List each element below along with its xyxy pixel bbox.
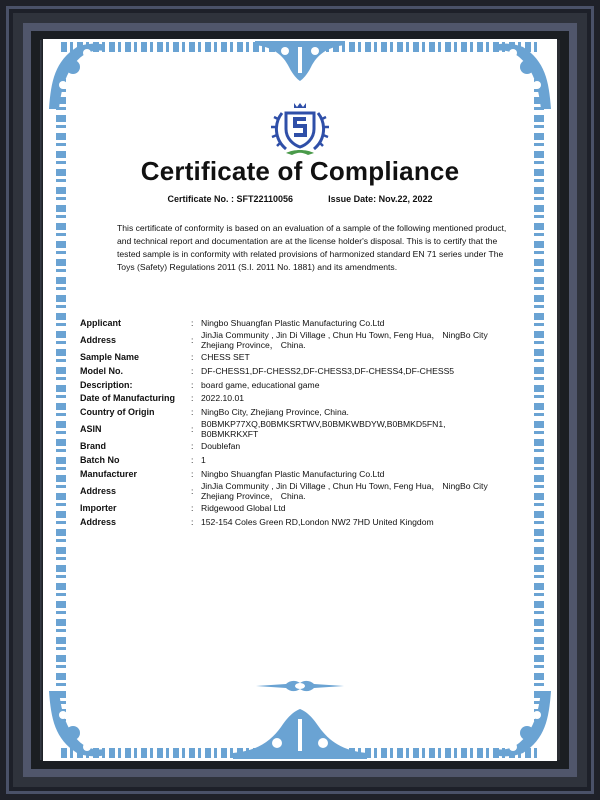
detail-row: Applicant:Ningbo Shuangfan Plastic Manuf…	[80, 316, 520, 330]
detail-row: ASIN:B0BMKP77XQ,B0BMKSRTWV,B0BMKWBDYW,B0…	[80, 419, 520, 440]
document-title: Certificate of Compliance	[43, 156, 557, 187]
detail-value-line: JinJia Community , Jin Di Village , Chun…	[201, 481, 520, 491]
detail-value: DF-CHESS1,DF-CHESS2,DF-CHESS3,DF-CHESS4,…	[201, 366, 520, 376]
corner-flourish-icon	[493, 41, 553, 111]
detail-value-line: CHESS SET	[201, 352, 520, 362]
detail-value: NingBo City, Zhejiang Province, China.	[201, 407, 520, 417]
detail-value-line: 2022.10.01	[201, 393, 520, 403]
detail-value-line: Ridgewood Global Ltd	[201, 503, 520, 513]
corner-flourish-icon	[47, 689, 107, 759]
detail-row: Description::board game, educational gam…	[80, 378, 520, 392]
detail-row: Model No.:DF-CHESS1,DF-CHESS2,DF-CHESS3,…	[80, 364, 520, 378]
detail-row: Date of Manufacturing:2022.10.01	[80, 391, 520, 405]
detail-label: Importer	[80, 503, 191, 513]
detail-row: Address:152-154 Coles Green RD,London NW…	[80, 515, 520, 529]
detail-row: Sample Name:CHESS SET	[80, 351, 520, 365]
issue-date-label: Issue Date:	[328, 194, 376, 204]
detail-value-line: Zhejiang Province， China.	[201, 340, 520, 350]
detail-value: Ridgewood Global Ltd	[201, 503, 520, 513]
detail-value: CHESS SET	[201, 352, 520, 362]
detail-value-line: Ningbo Shuangfan Plastic Manufacturing C…	[201, 318, 520, 328]
detail-value-line: Doublefan	[201, 441, 520, 451]
detail-value: Ningbo Shuangfan Plastic Manufacturing C…	[201, 469, 520, 479]
detail-separator: :	[191, 469, 201, 479]
detail-row: Country of Origin:NingBo City, Zhejiang …	[80, 405, 520, 419]
detail-value-line: Ningbo Shuangfan Plastic Manufacturing C…	[201, 469, 520, 479]
bottom-center-flourish-icon	[233, 709, 367, 761]
certificate-no: SFT22110056	[237, 194, 294, 204]
detail-separator: :	[191, 352, 201, 362]
top-center-flourish-icon	[255, 39, 345, 81]
corner-flourish-icon	[493, 689, 553, 759]
detail-value: Ningbo Shuangfan Plastic Manufacturing C…	[201, 318, 520, 328]
detail-label: Description:	[80, 380, 191, 390]
detail-value-line: 152-154 Coles Green RD,London NW2 7HD Un…	[201, 517, 520, 527]
detail-separator: :	[191, 407, 201, 417]
detail-value-line: NingBo City, Zhejiang Province, China.	[201, 407, 520, 417]
detail-value: JinJia Community , Jin Di Village , Chun…	[201, 330, 520, 350]
detail-separator: :	[191, 424, 201, 434]
detail-separator: :	[191, 380, 201, 390]
detail-separator: :	[191, 335, 201, 345]
details-table: Applicant:Ningbo Shuangfan Plastic Manuf…	[80, 316, 520, 529]
detail-separator: :	[191, 455, 201, 465]
certificate-meta-line: Certificate No. : SFT22110056 Issue Date…	[43, 194, 557, 204]
detail-value: B0BMKP77XQ,B0BMKSRTWV,B0BMKWBDYW,B0BMKD5…	[201, 419, 520, 439]
detail-value: board game, educational game	[201, 380, 520, 390]
detail-separator: :	[191, 486, 201, 496]
intro-paragraph: This certificate of conformity is based …	[117, 222, 517, 274]
detail-value: 1	[201, 455, 520, 465]
detail-row: Manufacturer:Ningbo Shuangfan Plastic Ma…	[80, 467, 520, 481]
detail-label: Date of Manufacturing	[80, 393, 191, 403]
detail-value-line: JinJia Community , Jin Di Village , Chun…	[201, 330, 520, 340]
certificate-no-label: Certificate No. :	[167, 194, 234, 204]
detail-label: Batch No	[80, 455, 191, 465]
detail-value-line: DF-CHESS1,DF-CHESS2,DF-CHESS3,DF-CHESS4,…	[201, 366, 520, 376]
detail-row: Address:JinJia Community , Jin Di Villag…	[80, 330, 520, 351]
detail-value-line: B0BMKRKXFT	[201, 429, 520, 439]
detail-row: Importer:Ridgewood Global Ltd	[80, 501, 520, 515]
detail-separator: :	[191, 503, 201, 513]
detail-label: Manufacturer	[80, 469, 191, 479]
detail-label: Applicant	[80, 318, 191, 328]
detail-label: Model No.	[80, 366, 191, 376]
detail-label: ASIN	[80, 424, 191, 434]
detail-label: Country of Origin	[80, 407, 191, 417]
detail-row: Brand:Doublefan	[80, 440, 520, 454]
detail-value-line: 1	[201, 455, 520, 465]
detail-label: Brand	[80, 441, 191, 451]
detail-label: Address	[80, 335, 191, 345]
emblem-logo-icon	[268, 99, 332, 159]
detail-row: Address:JinJia Community , Jin Di Villag…	[80, 480, 520, 501]
detail-value-line: B0BMKP77XQ,B0BMKSRTWV,B0BMKWBDYW,B0BMKD5…	[201, 419, 520, 429]
detail-label: Sample Name	[80, 352, 191, 362]
detail-separator: :	[191, 517, 201, 527]
corner-flourish-icon	[47, 41, 107, 111]
detail-separator: :	[191, 318, 201, 328]
detail-row: Batch No:1	[80, 453, 520, 467]
issue-date: Nov.22, 2022	[379, 194, 433, 204]
detail-separator: :	[191, 393, 201, 403]
detail-value-line: board game, educational game	[201, 380, 520, 390]
detail-value: 152-154 Coles Green RD,London NW2 7HD Un…	[201, 517, 520, 527]
ornamental-divider-icon	[256, 679, 344, 691]
detail-value: Doublefan	[201, 441, 520, 451]
detail-separator: :	[191, 366, 201, 376]
detail-value: 2022.10.01	[201, 393, 520, 403]
detail-label: Address	[80, 486, 191, 496]
detail-value: JinJia Community , Jin Di Village , Chun…	[201, 481, 520, 501]
detail-separator: :	[191, 441, 201, 451]
detail-label: Address	[80, 517, 191, 527]
certificate-paper: Certificate of Compliance Certificate No…	[43, 39, 557, 761]
detail-value-line: Zhejiang Province， China.	[201, 491, 520, 501]
